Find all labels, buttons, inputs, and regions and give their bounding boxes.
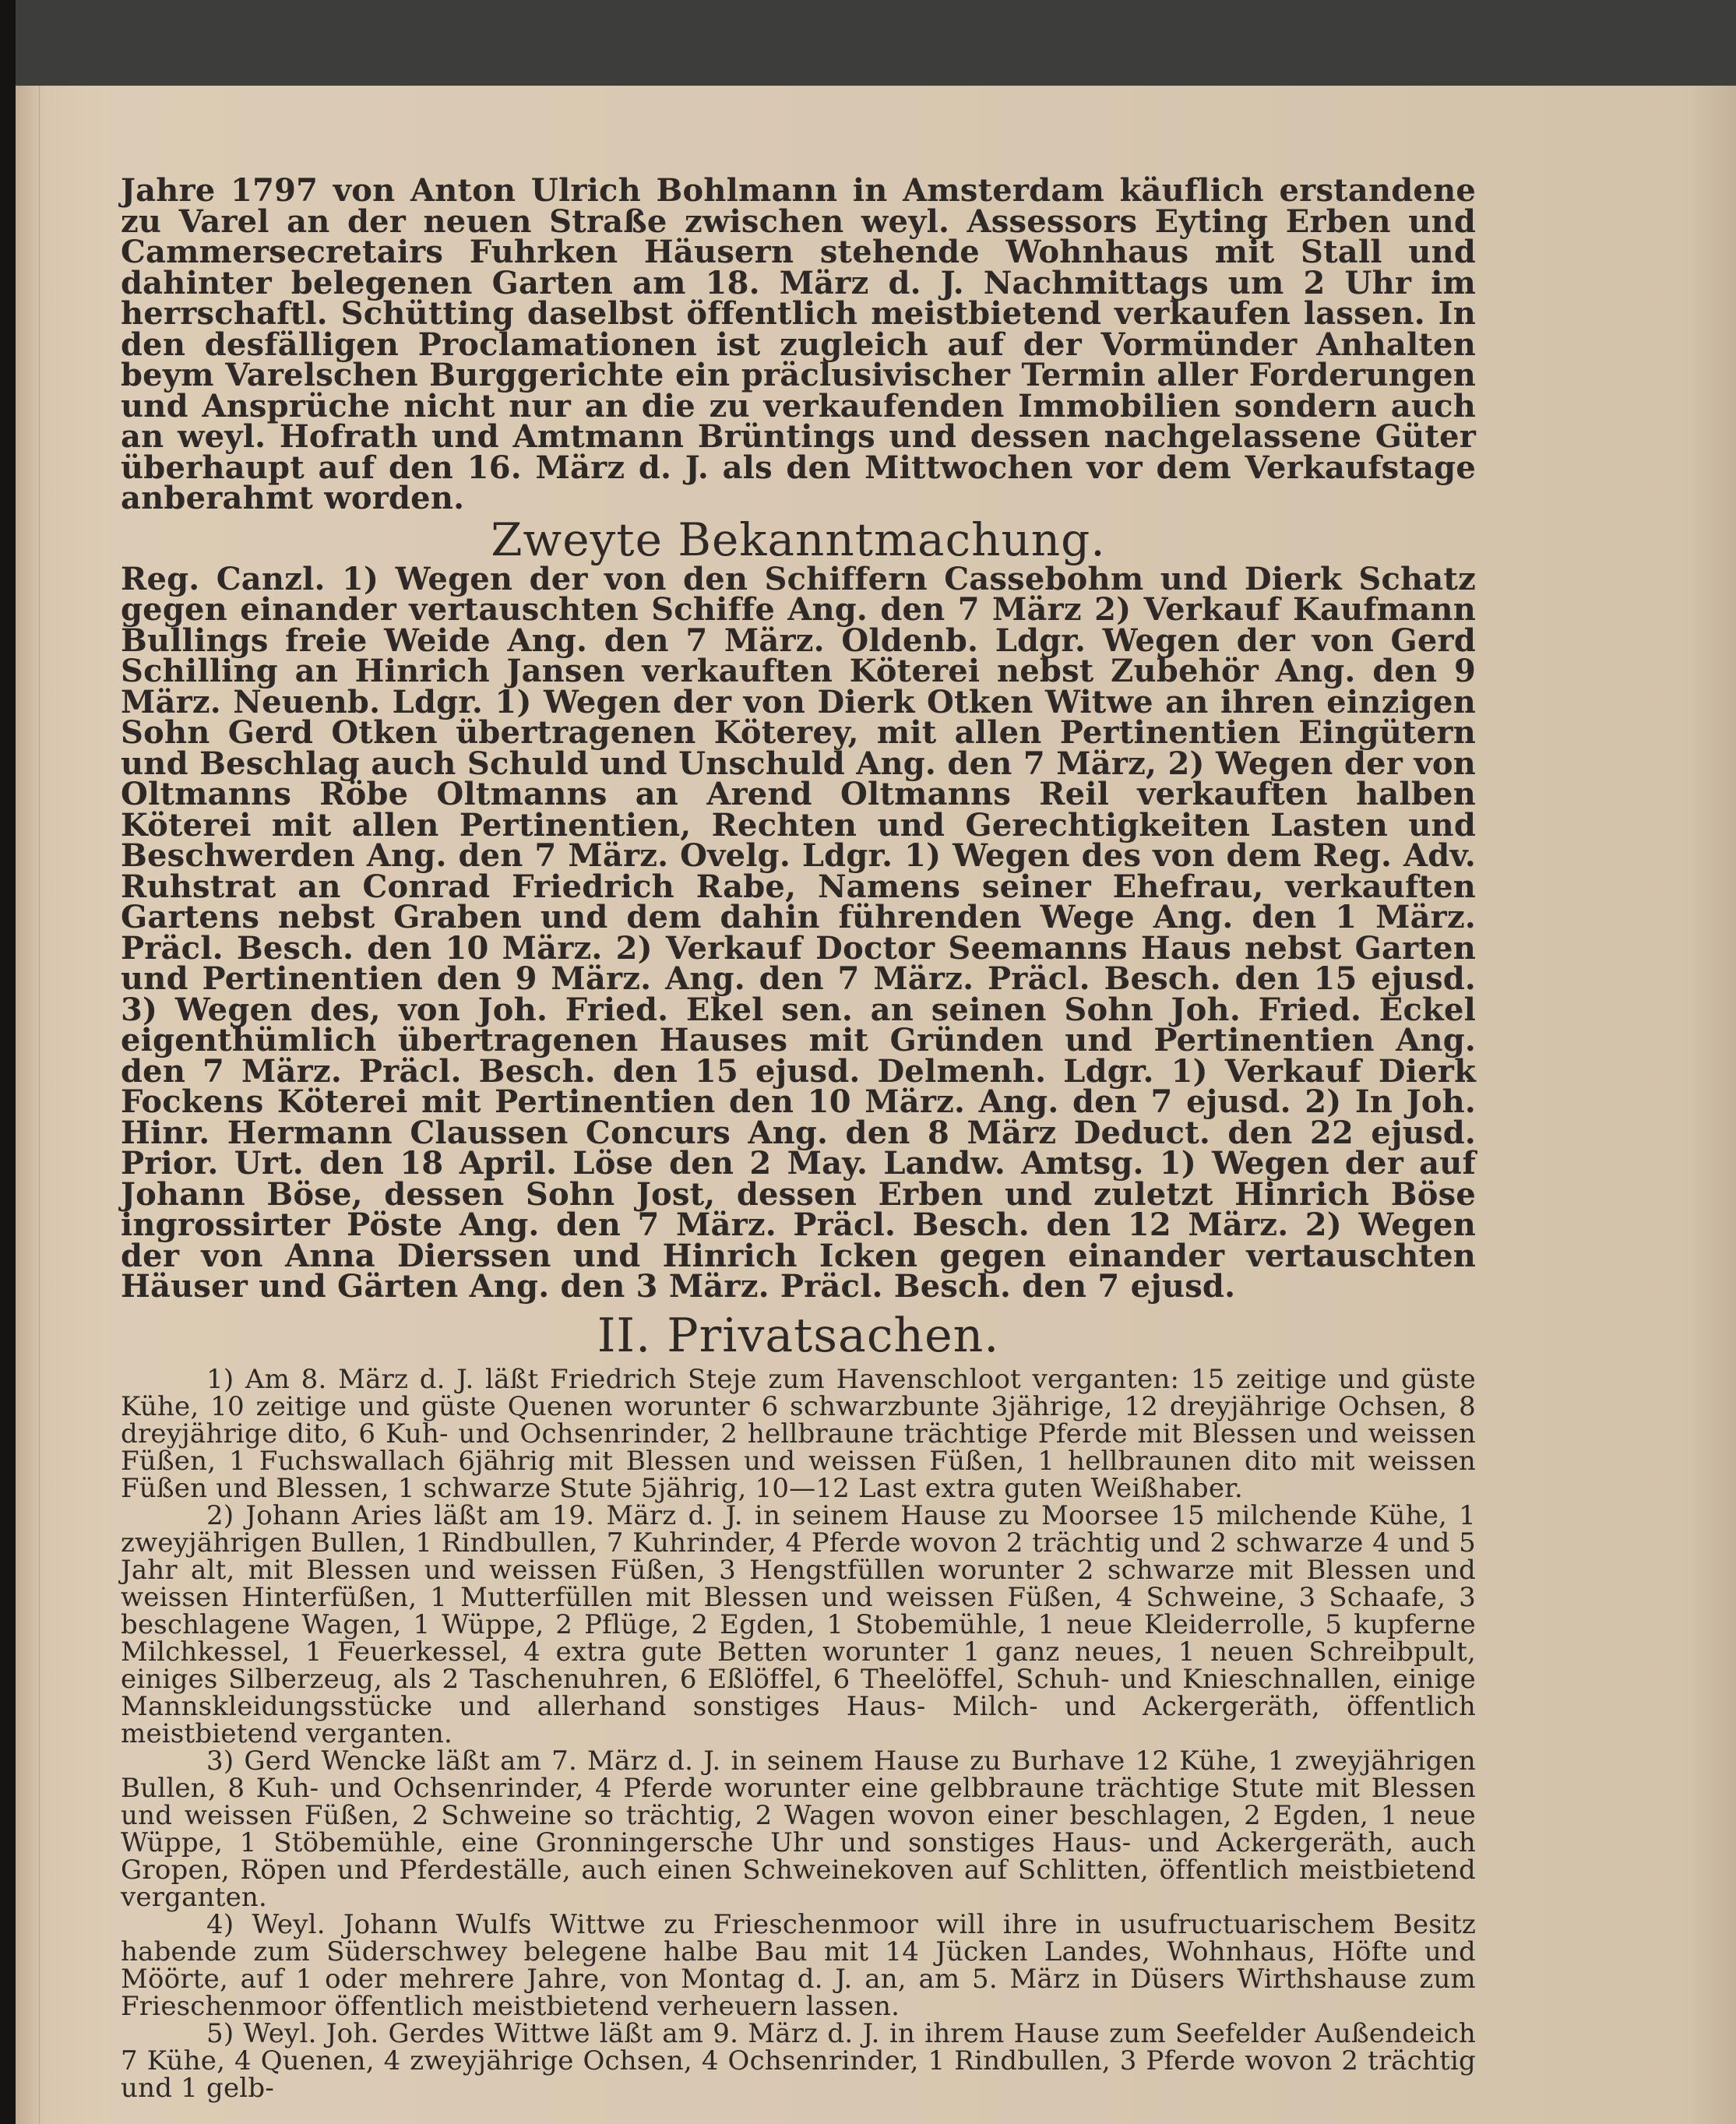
page-gutter (16, 86, 40, 2124)
privat-item-2: 2) Johann Aries läßt am 19. März d. J. i… (121, 1502, 1476, 1748)
page-edge-shade (1689, 86, 1736, 2124)
heading-zweyte-bekanntmachung: Zweyte Bekanntmachung. (121, 516, 1476, 564)
continued-notice: Jahre 1797 von Anton Ulrich Bohlmann in … (121, 175, 1476, 514)
document-page: Jahre 1797 von Anton Ulrich Bohlmann in … (16, 86, 1736, 2124)
privat-item-5: 5) Weyl. Joh. Gerdes Wittwe läßt am 9. M… (121, 2020, 1476, 2102)
heading-privatsachen: II. Privatsachen. (121, 1312, 1476, 1360)
binding-shadow (0, 0, 16, 2124)
scan-background: Jahre 1797 von Anton Ulrich Bohlmann in … (0, 0, 1736, 2124)
zweyte-bekanntmachung-text: Reg. Canzl. 1) Wegen der von den Schiffe… (121, 564, 1476, 1302)
privat-item-4: 4) Weyl. Johann Wulfs Wittwe zu Friesche… (121, 1911, 1476, 2020)
privat-item-3: 3) Gerd Wencke läßt am 7. März d. J. in … (121, 1748, 1476, 1911)
privat-item-1: 1) Am 8. März d. J. läßt Friedrich Steje… (121, 1366, 1476, 1502)
scanner-background-strip (16, 0, 1736, 87)
page-text-block: Jahre 1797 von Anton Ulrich Bohlmann in … (121, 175, 1476, 2102)
